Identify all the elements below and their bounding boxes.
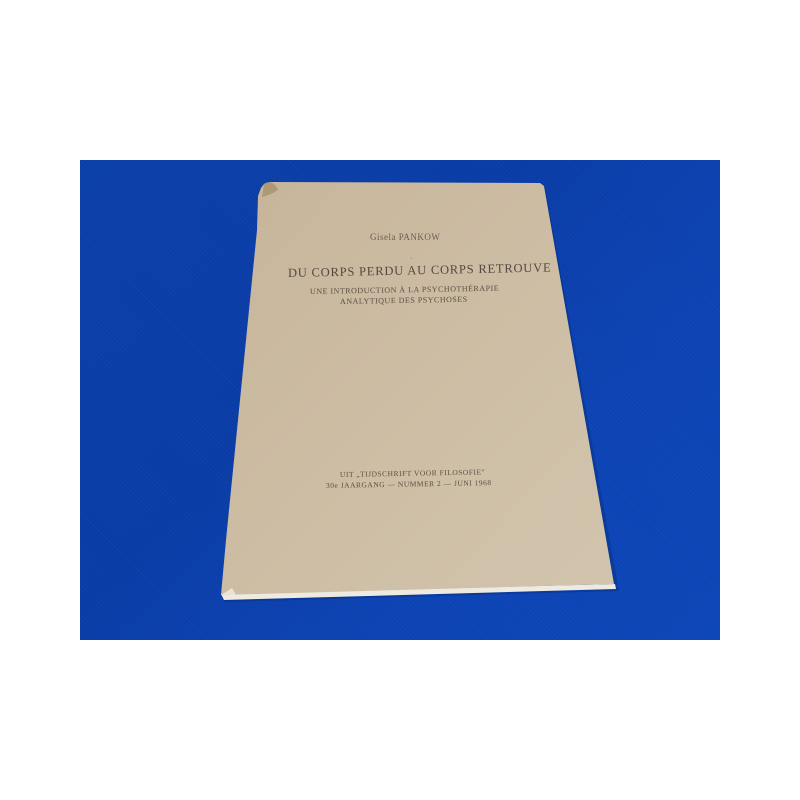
ornament: · [410, 254, 413, 263]
subtitle-line-2: ANALYTIQUE DES PSYCHOSES [340, 295, 468, 306]
subtitle-line-1: UNE INTRODUCTION À LA PSYCHOTHÉRAPIE [310, 284, 499, 296]
author-name: Gisela PANKOW [370, 232, 440, 242]
booklet-title: DU CORPS PERDU AU CORPS RETROUVE [288, 260, 552, 281]
source-line-1: UIT „TIJDSCHRIFT VOOR FILOSOFIE" [340, 467, 485, 479]
source-line-2: 30e JAARGANG — NUMMER 2 — JUNI 1968 [326, 478, 492, 490]
